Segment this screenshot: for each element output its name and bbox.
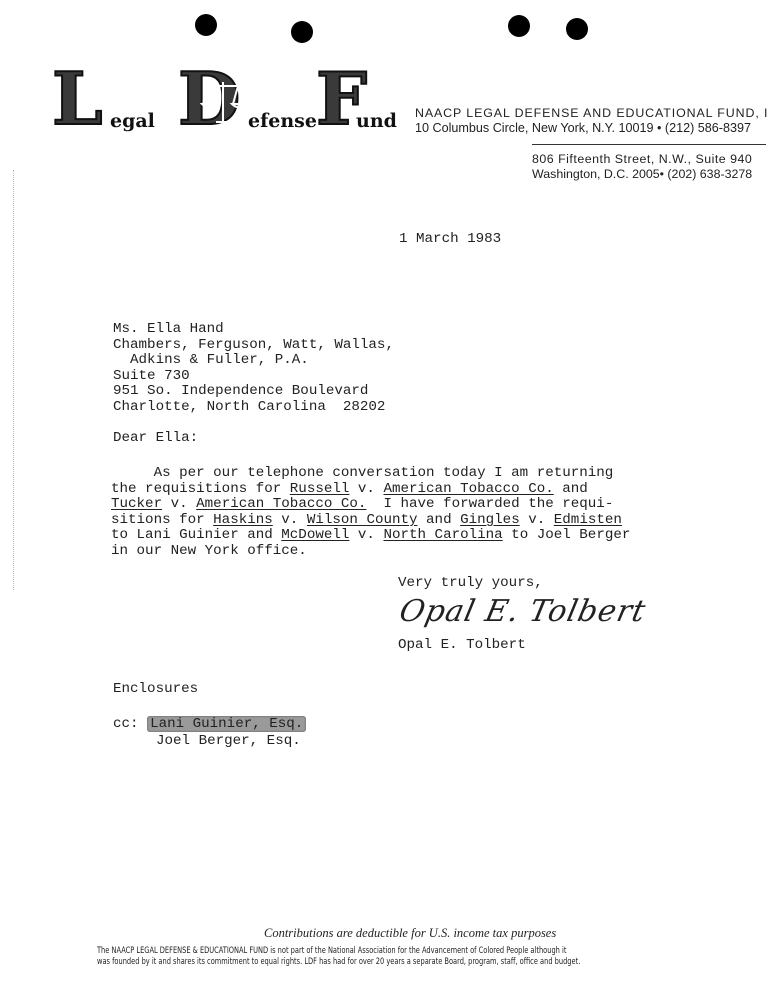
margin-mark <box>13 170 15 590</box>
body-line: As per our telephone conversation today … <box>111 466 630 482</box>
punch-hole <box>566 18 588 40</box>
letter-body: As per our telephone conversation today … <box>111 466 630 560</box>
signer-name: Opal E. Tolbert <box>398 638 526 654</box>
cc-recipient-redacted: Lani Guinier, Esq. <box>147 716 306 732</box>
case-name: Russell <box>290 481 350 497</box>
punch-hole <box>195 14 217 36</box>
recipient-line: 951 So. Independence Boulevard <box>113 384 394 400</box>
salutation: Dear Ella: <box>113 431 198 447</box>
case-name: American Tobacco Co. <box>196 496 366 512</box>
recipient-address: Ms. Ella Hand Chambers, Ferguson, Watt, … <box>113 322 394 416</box>
logo-word-legal: egal <box>110 110 155 132</box>
punch-hole <box>508 15 530 37</box>
org-name: NAACP LEGAL DEFENSE AND EDUCATIONAL FUND… <box>415 106 768 120</box>
recipient-line: Suite 730 <box>113 369 394 385</box>
case-name: Tucker <box>111 496 162 512</box>
case-name: North Carolina <box>383 527 502 543</box>
body-line: Tucker v. American Tobacco Co. I have fo… <box>111 497 630 513</box>
body-line: in our New York office. <box>111 544 630 560</box>
case-name: Gingles <box>460 512 520 528</box>
logo-word-fund: und <box>356 110 397 132</box>
body-line: to Lani Guinier and McDowell v. North Ca… <box>111 528 630 544</box>
body-line: sitions for Haskins v. Wilson County and… <box>111 513 630 529</box>
case-name: American Tobacco Co. <box>383 481 553 497</box>
enclosures-label: Enclosures <box>113 682 198 698</box>
letterhead-rule <box>532 144 766 145</box>
body-line: the requisitions for Russell v. American… <box>111 482 630 498</box>
recipient-line: Charlotte, North Carolina 28202 <box>113 400 394 416</box>
case-name: McDowell <box>281 527 349 543</box>
cc-label: cc: <box>113 716 147 732</box>
logo-initial-l: L <box>52 56 103 141</box>
case-name: Wilson County <box>307 512 418 528</box>
recipient-line: Chambers, Ferguson, Watt, Wallas, <box>113 338 394 354</box>
cc-line: cc: Lani Guinier, Esq. <box>113 717 306 733</box>
logo-word-defense: efense <box>248 110 317 132</box>
letter-date: 1 March 1983 <box>399 232 501 248</box>
case-name: Haskins <box>213 512 273 528</box>
scales-of-justice-icon <box>200 78 246 128</box>
tax-note: Contributions are deductible for U.S. in… <box>264 926 556 941</box>
handwritten-signature: Opal E. Tolbert <box>396 594 649 629</box>
case-name: Edmisten <box>554 512 622 528</box>
ny-address: 10 Columbus Circle, New York, N.Y. 10019… <box>415 121 751 135</box>
disclaimer-line2: was founded by it and shares its commitm… <box>97 957 580 968</box>
dc-address-line2: Washington, D.C. 2005• (202) 638-3278 <box>532 167 752 181</box>
closing: Very truly yours, <box>398 576 543 592</box>
recipient-line: Ms. Ella Hand <box>113 322 394 338</box>
punch-hole <box>291 21 313 43</box>
dc-address-line1: 806 Fifteenth Street, N.W., Suite 940 <box>532 152 752 166</box>
recipient-line: Adkins & Fuller, P.A. <box>113 353 394 369</box>
disclaimer-line1: The NAACP LEGAL DEFENSE & EDUCATIONAL FU… <box>97 946 566 957</box>
cc-recipient: Joel Berger, Esq. <box>156 734 301 750</box>
ldf-logo: L egal D efense F und <box>52 72 402 134</box>
